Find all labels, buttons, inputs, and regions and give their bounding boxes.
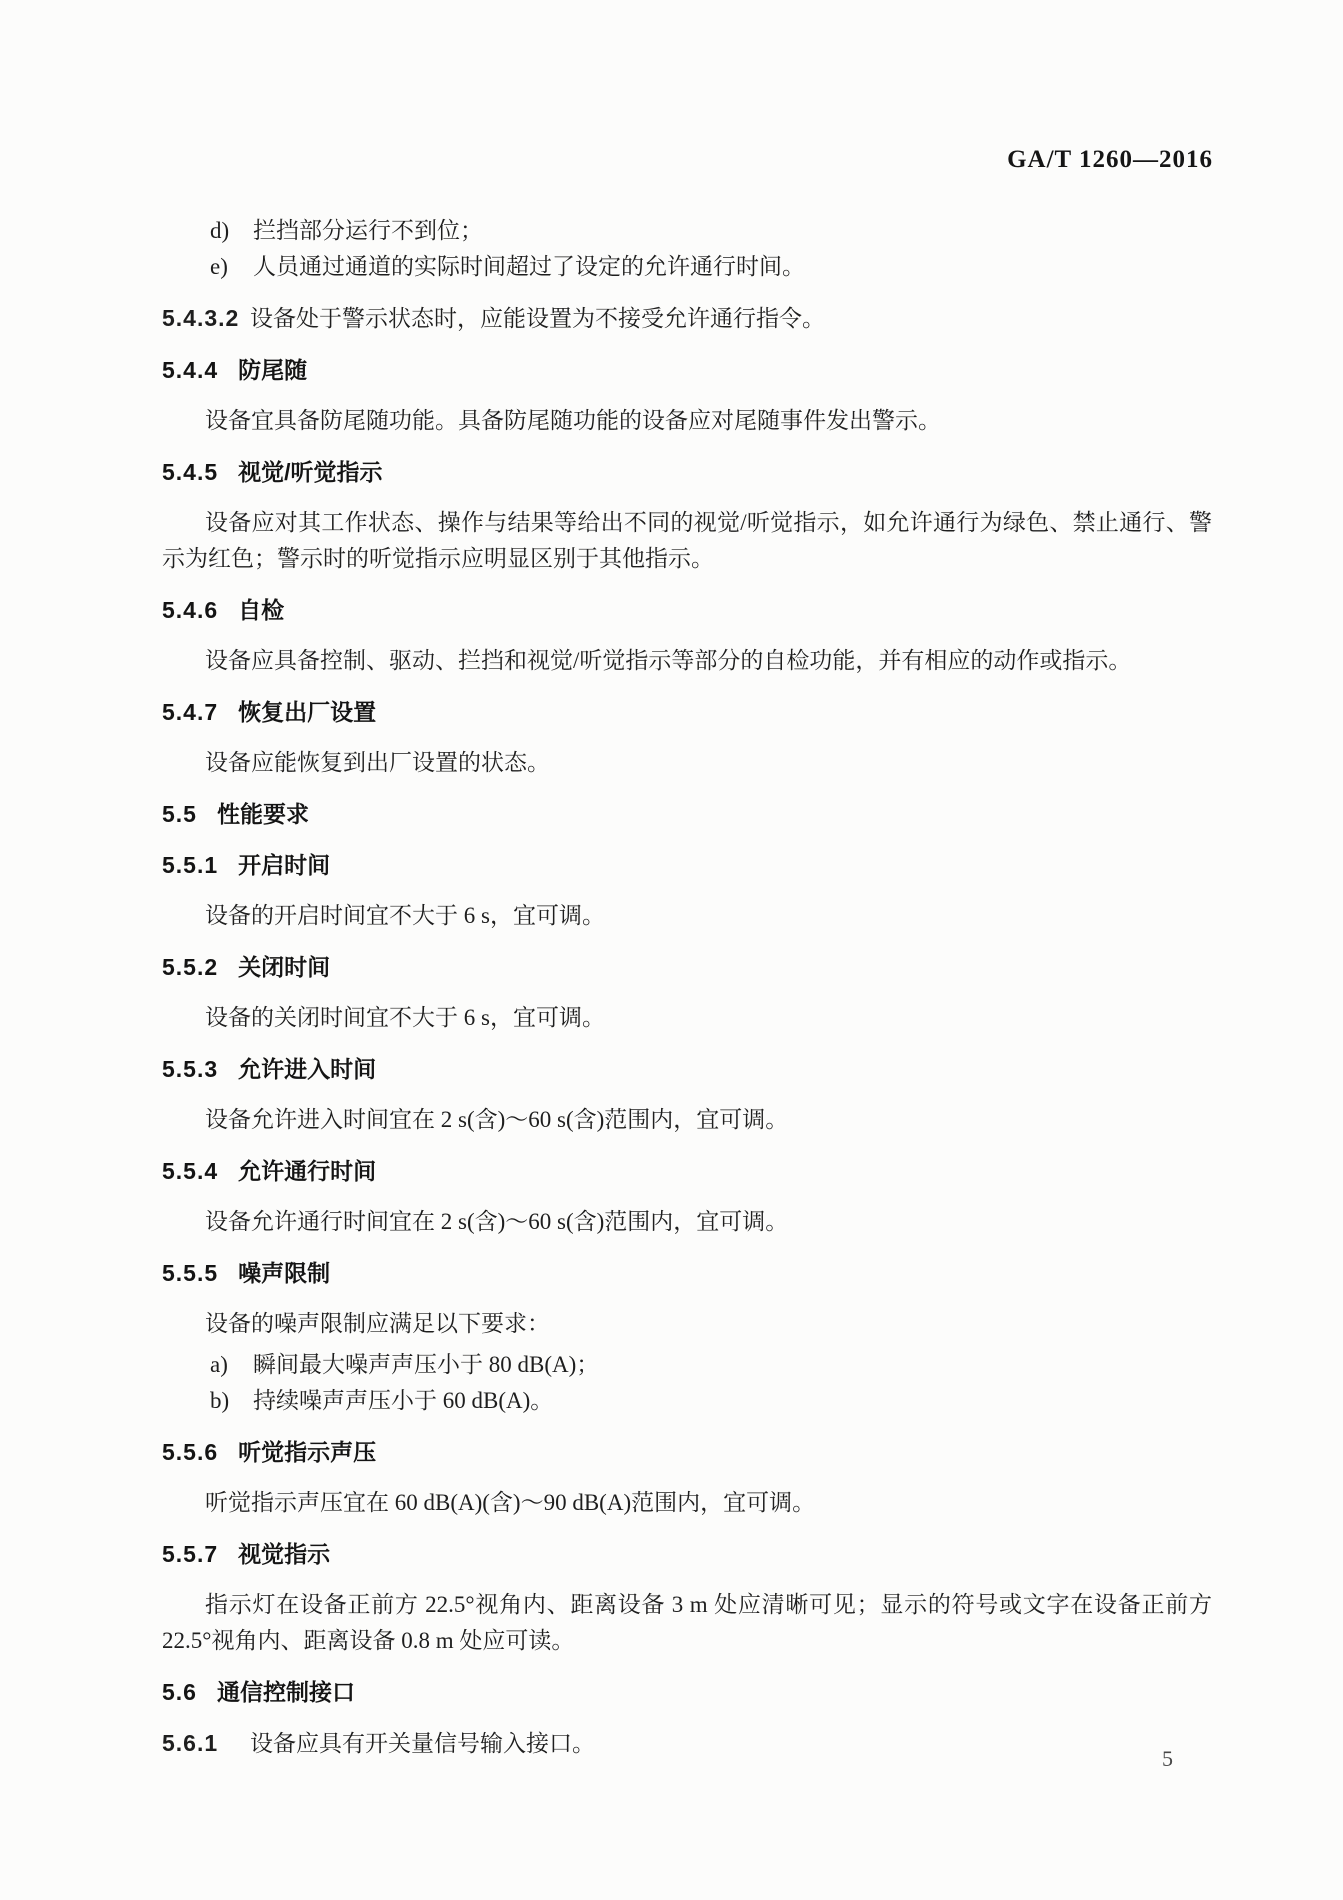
clause-heading-number: 5.6 [162, 1679, 197, 1705]
clause-heading-title: 通信控制接口 [217, 1679, 355, 1705]
body-paragraph: 设备允许进入时间宜在 2 s(含)～60 s(含)范围内，宜可调。 [162, 1102, 1212, 1138]
clause-heading-title: 性能要求 [217, 801, 309, 827]
list-item-text: 瞬间最大噪声声压小于 80 dB(A)； [253, 1352, 599, 1377]
clause-heading: 5.5.1开启时间 [162, 847, 1212, 883]
list-item-marker: a) [210, 1347, 228, 1383]
clause-heading-number: 5.5.4 [162, 1158, 218, 1184]
clause-heading: 5.4.6自检 [162, 592, 1212, 628]
standard-code: GA/T 1260—2016 [1007, 146, 1213, 174]
clause-heading-number: 5.5.7 [162, 1541, 218, 1567]
clause-heading-title: 防尾随 [238, 357, 307, 383]
clause-number: 5.6.1 [162, 1725, 250, 1761]
clause-heading-title: 视觉指示 [238, 1541, 330, 1567]
clause-heading-title: 自检 [238, 597, 284, 623]
clause-heading: 5.5.4允许通行时间 [162, 1153, 1212, 1189]
clause-heading-number: 5.5.6 [162, 1439, 218, 1465]
clause-heading: 5.5.6听觉指示声压 [162, 1434, 1212, 1470]
clause-heading: 5.4.5视觉/听觉指示 [162, 454, 1212, 490]
body-paragraph: 设备的开启时间宜不大于 6 s，宜可调。 [162, 898, 1212, 934]
clause-heading-title: 视觉/听觉指示 [238, 459, 382, 485]
clause-heading-number: 5.5.3 [162, 1056, 218, 1082]
body-paragraph: 设备宜具备防尾随功能。具备防尾随功能的设备应对尾随事件发出警示。 [162, 403, 1212, 439]
body-paragraph: 指示灯在设备正前方 22.5°视角内、距离设备 3 m 处应清晰可见；显示的符号… [162, 1587, 1212, 1659]
clause-heading-number: 5.4.5 [162, 459, 218, 485]
body-paragraph: 设备允许通行时间宜在 2 s(含)～60 s(含)范围内，宜可调。 [162, 1204, 1212, 1240]
clause-text: 设备处于警示状态时，应能设置为不接受允许通行指令。 [250, 306, 825, 331]
body-paragraph: 设备应对其工作状态、操作与结果等给出不同的视觉/听觉指示，如允许通行为绿色、禁止… [162, 505, 1212, 577]
lettered-list-item: e)人员通过通道的实际时间超过了设定的允许通行时间。 [162, 249, 1212, 285]
clause-heading: 5.5.3允许进入时间 [162, 1051, 1212, 1087]
document-page: GA/T 1260—2016 d)拦挡部分运行不到位；e)人员通过通道的实际时间… [0, 0, 1343, 1900]
clause-heading-number: 5.5.1 [162, 852, 218, 878]
clause-heading: 5.5.2关闭时间 [162, 949, 1212, 985]
lettered-list-item: a)瞬间最大噪声声压小于 80 dB(A)； [162, 1347, 1212, 1383]
clause-heading: 5.4.4防尾随 [162, 352, 1212, 388]
clause-heading-number: 5.5.2 [162, 954, 218, 980]
clause-heading-title: 开启时间 [238, 852, 330, 878]
document-body: d)拦挡部分运行不到位；e)人员通过通道的实际时间超过了设定的允许通行时间。5.… [162, 213, 1212, 1762]
clause-heading: 5.5.7视觉指示 [162, 1536, 1212, 1572]
clause-heading-number: 5.5 [162, 801, 197, 827]
clause-heading: 5.5性能要求 [162, 796, 1212, 832]
clause-heading: 5.4.7恢复出厂设置 [162, 694, 1212, 730]
clause-heading-title: 允许通行时间 [238, 1158, 376, 1184]
clause-text: 设备应具有开关量信号输入接口。 [250, 1731, 595, 1756]
clause-heading-title: 噪声限制 [238, 1260, 330, 1286]
clause-number: 5.4.3.2 [162, 300, 250, 336]
body-paragraph: 设备的关闭时间宜不大于 6 s，宜可调。 [162, 1000, 1212, 1036]
list-item-marker: d) [210, 213, 229, 249]
body-paragraph: 设备应能恢复到出厂设置的状态。 [162, 745, 1212, 781]
clause-heading: 5.5.5噪声限制 [162, 1255, 1212, 1291]
lettered-list-item: d)拦挡部分运行不到位； [162, 213, 1212, 249]
list-item-text: 人员通过通道的实际时间超过了设定的允许通行时间。 [253, 254, 805, 279]
clause-heading-title: 恢复出厂设置 [238, 699, 376, 725]
body-paragraph: 设备应具备控制、驱动、拦挡和视觉/听觉指示等部分的自检功能，并有相应的动作或指示… [162, 643, 1212, 679]
clause-heading-number: 5.4.7 [162, 699, 218, 725]
list-item-text: 拦挡部分运行不到位； [253, 218, 483, 243]
numbered-clause: 5.4.3.2设备处于警示状态时，应能设置为不接受允许通行指令。 [162, 300, 1212, 337]
clause-heading-number: 5.4.4 [162, 357, 218, 383]
clause-heading: 5.6通信控制接口 [162, 1674, 1212, 1710]
numbered-clause: 5.6.1设备应具有开关量信号输入接口。 [162, 1725, 1212, 1762]
clause-heading-number: 5.4.6 [162, 597, 218, 623]
list-item-marker: b) [210, 1383, 229, 1419]
clause-heading-title: 允许进入时间 [238, 1056, 376, 1082]
clause-heading-title: 听觉指示声压 [238, 1439, 376, 1465]
clause-heading-title: 关闭时间 [238, 954, 330, 980]
page-number: 5 [1162, 1746, 1173, 1772]
body-paragraph: 设备的噪声限制应满足以下要求： [162, 1306, 1212, 1342]
list-item-text: 持续噪声声压小于 60 dB(A)。 [253, 1388, 553, 1413]
body-paragraph: 听觉指示声压宜在 60 dB(A)(含)～90 dB(A)范围内，宜可调。 [162, 1485, 1212, 1521]
clause-heading-number: 5.5.5 [162, 1260, 218, 1286]
lettered-list-item: b)持续噪声声压小于 60 dB(A)。 [162, 1383, 1212, 1419]
list-item-marker: e) [210, 249, 228, 285]
